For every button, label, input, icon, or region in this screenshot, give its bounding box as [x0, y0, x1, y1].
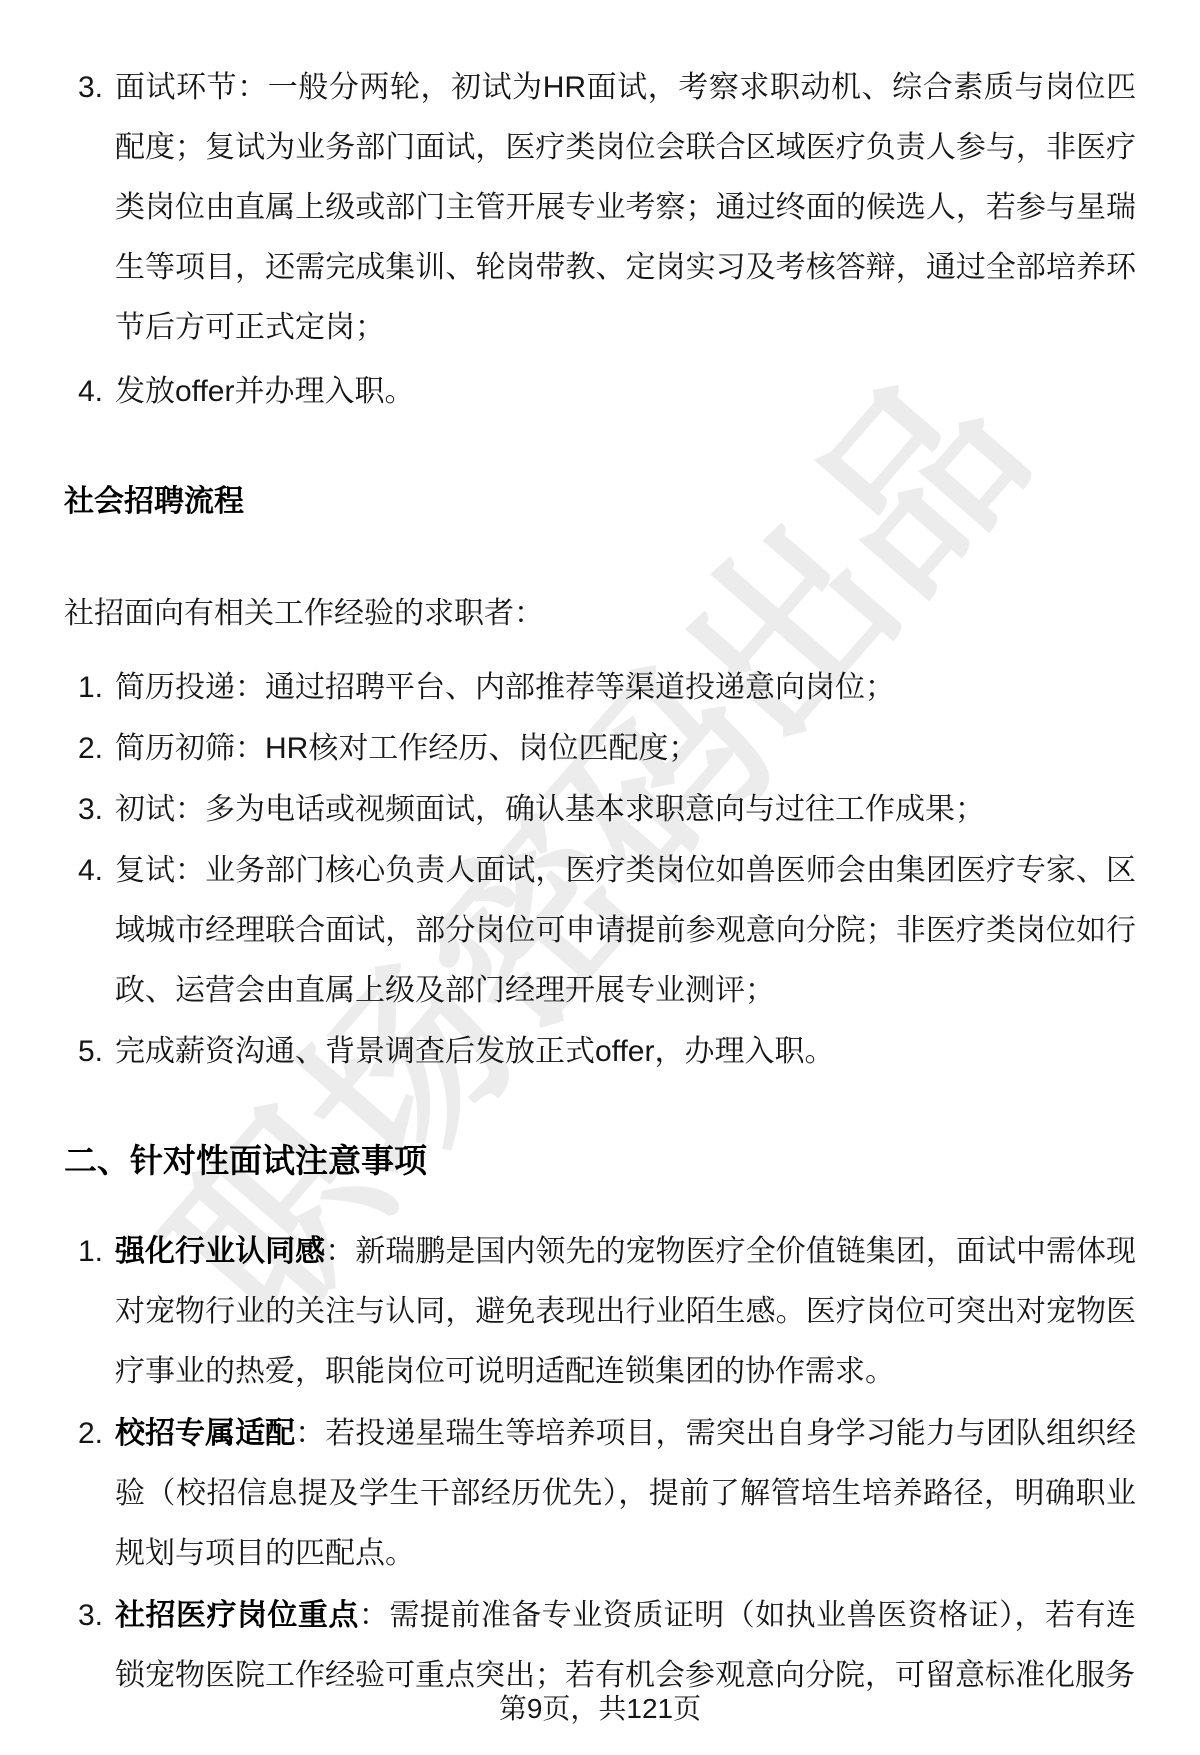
list-item: 5. 完成薪资沟通、背景调查后发放正式offer，办理入职。 — [64, 1022, 1136, 1082]
item-number: 3. — [78, 780, 103, 840]
page-footer: 第9页，共121页 — [0, 1692, 1200, 1726]
item-number: 2. — [78, 1404, 103, 1464]
item-lead-term: 社招医疗岗位重点 — [115, 1599, 359, 1632]
interview-notes-list: 1. 强化行业认同感：新瑞鹏是国内领先的宠物医疗全价值链集团，面试中需体现对宠物… — [64, 1222, 1136, 1706]
subsection-heading: 社会招聘流程 — [64, 482, 1136, 522]
list-item: 4. 发放offer并办理入职。 — [64, 362, 1136, 422]
item-text: 初试：多为电话或视频面试，确认基本求职意向与过往工作成果； — [115, 793, 985, 826]
item-lead-term: 校招专属适配 — [115, 1417, 295, 1450]
item-number: 4. — [78, 841, 103, 901]
list-item: 4. 复试：业务部门核心负责人面试，医疗类岗位如兽医师会由集团医疗专家、区域城市… — [64, 841, 1136, 1021]
section-heading: 二、针对性面试注意事项 — [64, 1138, 1136, 1184]
item-number: 3. — [78, 58, 103, 118]
item-text: 简历初筛：HR核对工作经历、岗位匹配度； — [115, 732, 698, 765]
list-item: 3. 面试环节：一般分两轮，初试为HR面试，考察求职动机、综合素质与岗位匹配度；… — [64, 58, 1136, 358]
item-text: 简历投递：通过招聘平台、内部推荐等渠道投递意向岗位； — [115, 671, 895, 704]
item-lead-term: 强化行业认同感 — [115, 1235, 325, 1268]
social-recruit-list: 1. 简历投递：通过招聘平台、内部推荐等渠道投递意向岗位； 2. 简历初筛：HR… — [64, 658, 1136, 1082]
list-item: 1. 简历投递：通过招聘平台、内部推荐等渠道投递意向岗位； — [64, 658, 1136, 718]
item-number: 5. — [78, 1022, 103, 1082]
item-text: 面试环节：一般分两轮，初试为HR面试，考察求职动机、综合素质与岗位匹配度；复试为… — [115, 71, 1136, 344]
item-number: 3. — [78, 1586, 103, 1646]
item-text: 发放offer并办理入职。 — [115, 375, 415, 408]
list-item: 3. 初试：多为电话或视频面试，确认基本求职意向与过往工作成果； — [64, 780, 1136, 840]
item-text: 复试：业务部门核心负责人面试，医疗类岗位如兽医师会由集团医疗专家、区域城市经理联… — [115, 854, 1136, 1007]
list-item: 1. 强化行业认同感：新瑞鹏是国内领先的宠物医疗全价值链集团，面试中需体现对宠物… — [64, 1222, 1136, 1402]
item-number: 1. — [78, 658, 103, 718]
item-number: 1. — [78, 1222, 103, 1282]
item-text: 完成薪资沟通、背景调查后发放正式offer，办理入职。 — [115, 1035, 835, 1068]
item-number: 2. — [78, 719, 103, 779]
list-item: 3. 社招医疗岗位重点：需提前准备专业资质证明（如执业兽医资格证），若有连锁宠物… — [64, 1586, 1136, 1706]
item-number: 4. — [78, 362, 103, 422]
list-item: 2. 简历初筛：HR核对工作经历、岗位匹配度； — [64, 719, 1136, 779]
campus-recruit-list: 3. 面试环节：一般分两轮，初试为HR面试，考察求职动机、综合素质与岗位匹配度；… — [64, 58, 1136, 422]
list-item: 2. 校招专属适配：若投递星瑞生等培养项目，需突出自身学习能力与团队组织经验（校… — [64, 1404, 1136, 1584]
document-page: 3. 面试环节：一般分两轮，初试为HR面试，考察求职动机、综合素质与岗位匹配度；… — [0, 0, 1200, 1706]
intro-paragraph: 社招面向有相关工作经验的求职者： — [64, 584, 1136, 644]
